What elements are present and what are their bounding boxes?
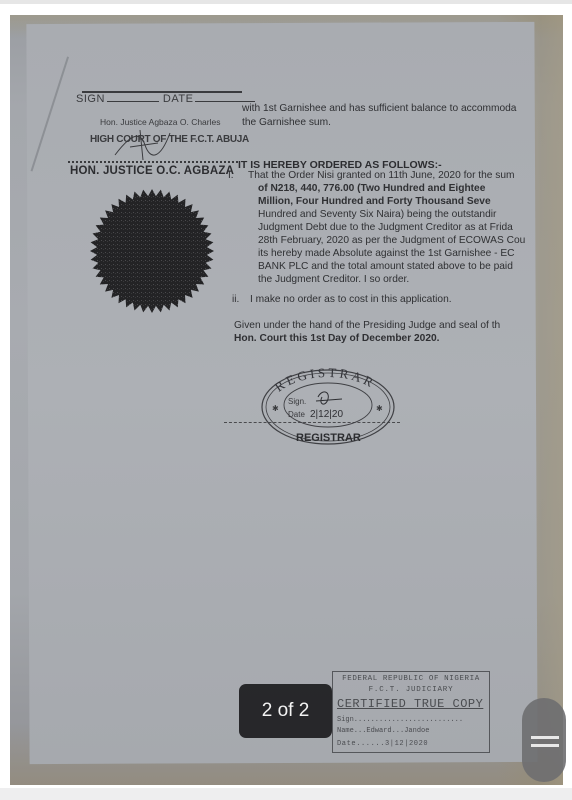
order-number-1: I.	[228, 170, 234, 181]
order-1-line-6: 28th February, 2020 as per the Judgment …	[258, 235, 525, 247]
sign-date-row: SIGNDATE	[76, 93, 259, 105]
order-2-line-1: I make no order as to cost in this appli…	[250, 294, 452, 306]
order-1-line-2: of N218, 440, 776.00 (Two Hundred and Ei…	[258, 183, 485, 195]
ctc-line-6: Date......3|12|2020	[337, 740, 428, 748]
page-indicator: 2 of 2	[239, 684, 332, 738]
ctc-line-5: Name...Edward...Jandoe	[337, 727, 429, 735]
order-1-line-4: Hundred and Seventy Six Naira) being the…	[258, 209, 496, 221]
judge-name: HON. JUSTICE O.C. AGBAZA	[70, 165, 234, 177]
ctc-line-3: CERTIFIED TRUE COPY	[337, 697, 483, 711]
svg-text:✱: ✱	[376, 404, 383, 413]
date-label: DATE	[163, 93, 194, 105]
order-1-line-1: That the Order Nisi granted on 11th June…	[248, 170, 515, 182]
ctc-line-2: F.C.T. JUDICIARY	[333, 686, 489, 694]
court-seal-icon	[88, 187, 216, 315]
drag-handle-lines-icon	[531, 736, 559, 739]
order-1-line-9: the Judgment Creditor. I so order.	[258, 274, 409, 286]
document-photo[interactable]: SIGNDATE Hon. Justice Agbaza O. Charles …	[10, 15, 563, 785]
order-1-line-3: Million, Four Hundred and Forty Thousand…	[258, 196, 491, 208]
registrar-sign-label: Sign.	[288, 397, 306, 406]
bottom-strip	[0, 788, 572, 800]
order-1-line-7: its hereby made Absolute against the 1st…	[258, 248, 515, 260]
top-status-strip	[0, 0, 572, 4]
scroll-handle[interactable]	[522, 698, 566, 782]
order-1-line-5: Judgment Debt due to the Judgment Credit…	[258, 222, 513, 234]
registrar-date-label: Date	[288, 410, 305, 419]
svg-text:REGISTRAR: REGISTRAR	[272, 367, 379, 395]
paper-crease	[31, 57, 69, 172]
sign-label: SIGN	[76, 93, 105, 105]
svg-text:✱: ✱	[272, 404, 279, 413]
closing-line-1: Given under the hand of the Presiding Ju…	[234, 320, 500, 332]
registrar-footer: REGISTRAR	[296, 432, 361, 444]
intro-line-2: the Garnishee sum.	[242, 117, 331, 129]
drag-handle-line-2	[531, 744, 559, 747]
registrar-ring-text: REGISTRAR	[272, 367, 379, 395]
ctc-line-4: Sign..........................	[337, 716, 463, 724]
registrar-date-value: 2|12|20	[310, 409, 343, 420]
signature-dotted-line	[68, 161, 238, 163]
registrar-stamp: REGISTRAR Sign. Date 2|12|20 ✱ ✱ REGISTR…	[258, 367, 398, 447]
judge-signature-scribble	[110, 125, 180, 165]
certified-true-copy-stamp: FEDERAL REPUBLIC OF NIGERIA F.C.T. JUDIC…	[332, 671, 490, 753]
intro-line-1: with 1st Garnishee and has sufficient ba…	[242, 103, 516, 115]
order-1-line-8: BANK PLC and the total amount stated abo…	[258, 261, 513, 273]
closing-line-2: Hon. Court this 1st Day of December 2020…	[234, 333, 440, 345]
ctc-line-1: FEDERAL REPUBLIC OF NIGERIA	[333, 675, 489, 683]
order-number-2: ii.	[232, 294, 239, 305]
